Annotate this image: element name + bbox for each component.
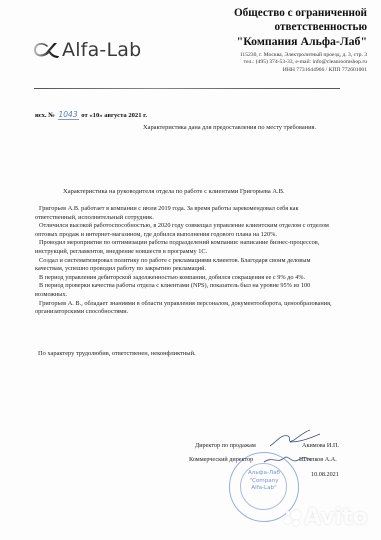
avito-watermark: Avito [284, 505, 368, 530]
body-paragraph: В период проверки качества работы отдела… [35, 282, 335, 299]
company-legal-form: Общество с ограниченной [234, 6, 367, 20]
company-contacts: 115230, г. Москва, Электролитный проезд,… [234, 52, 367, 74]
company-legal-form-2: ответственностью [234, 20, 367, 34]
company-inn-kpp: ИНН 7731644966 / КПП 772601001 [234, 67, 367, 74]
watermark-text: Avito [304, 505, 368, 530]
body-paragraph: Проводил мероприятия по оптимизации рабо… [35, 239, 335, 256]
signature-role-commercial-director: Коммерческий директор [189, 456, 253, 463]
reference-date: от «10» августа 2021 г. [81, 112, 147, 119]
company-phone-email: тел.: (495) 374-53-33, e-mail: info@clea… [234, 59, 367, 66]
reference-line: исх. № 1043 от «10» августа 2021 г. [35, 110, 147, 120]
document-page: Alfa-Lab Общество с ограниченной ответст… [0, 0, 381, 540]
signature-date: 10.08.2021 [311, 471, 339, 478]
company-block: Общество с ограниченной ответственностью… [234, 6, 367, 74]
body-paragraph: Создал и систематизировал политику по ра… [35, 257, 335, 274]
document-title: Характеристика на руководителя отдела по… [63, 188, 285, 195]
stamp-text: Альфа-Лаб [230, 470, 298, 477]
company-logo: Alfa-Lab [34, 42, 141, 58]
handwritten-signature-icon [268, 428, 323, 450]
handwritten-signature-icon [262, 452, 312, 466]
alpha-logo-icon [34, 42, 60, 58]
header-divider [34, 88, 340, 89]
purpose-note: Характеристика дана для предоставления п… [143, 124, 316, 131]
reference-number: 1043 [58, 110, 79, 120]
document-body: Григорьев А.В. работает в компании с июл… [35, 205, 335, 317]
company-name: "Компания Альфа-Лаб" [234, 34, 367, 48]
logo-text: Alfa-Lab [62, 42, 141, 58]
body-paragraph: В период управления дебиторской задолжен… [35, 274, 335, 283]
body-paragraph: Григорьев А.В. работает в компании с июл… [35, 205, 335, 222]
body-paragraph: Отличился высокой работоспособностью, в … [35, 222, 335, 239]
body-paragraph: Григорьев А. В., обладает знаниями в обл… [35, 300, 335, 317]
closing-statement: По характеру трудолюбив, ответственен, н… [38, 350, 196, 357]
stamp-text: Alfa-Lab" [230, 485, 298, 492]
stamp-text: "Company [230, 478, 298, 485]
avito-logo-icon [284, 509, 302, 527]
reference-prefix: исх. № [35, 112, 55, 119]
signature-role-sales-director: Директор по продажам [195, 442, 256, 449]
